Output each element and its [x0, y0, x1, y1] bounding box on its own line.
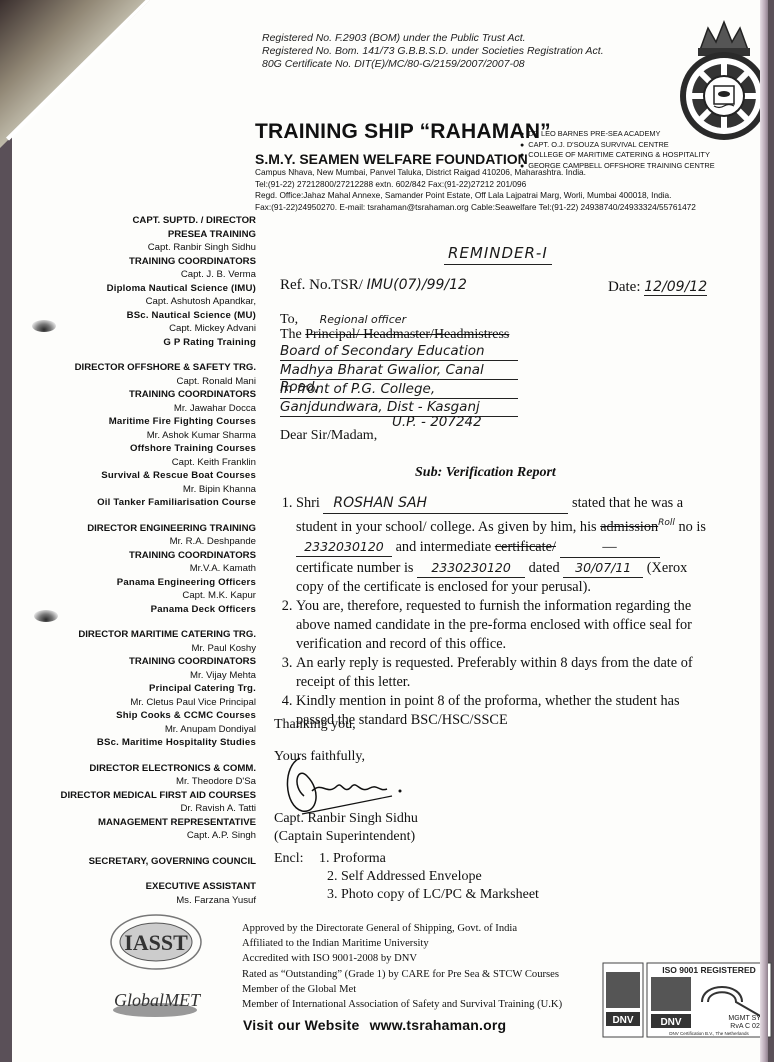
staff-name: Mr. Ashok Kumar Sharma	[52, 429, 256, 443]
accreditation-line: Approved by the Directorate General of S…	[242, 921, 562, 936]
svg-text:IASST: IASST	[124, 930, 188, 955]
subject-line: Sub: Verification Report	[415, 465, 556, 481]
signature-icon	[282, 756, 422, 816]
spacer	[52, 616, 256, 628]
recipient-address-line: Madhya Bharat Gwalior, Canal Road,	[280, 362, 518, 380]
course-name: G P Rating Training	[52, 336, 256, 350]
certificate-number: 2330230120	[417, 558, 525, 578]
accreditation-line: Member of the Global Met	[242, 982, 562, 997]
staff-heading: DIRECTOR ELECTRONICS & COMM.	[52, 762, 256, 776]
staff-heading: SECRETARY, GOVERNING COUNCIL	[52, 855, 256, 869]
course-name: Survival & Rescue Boat Courses	[52, 469, 256, 483]
staff-name: Capt. Ranbir Singh Sidhu	[52, 241, 256, 255]
roll-number: 2332030120	[296, 537, 392, 557]
address-line: Campus Nhava, New Mumbai, Panvel Taluka,…	[255, 167, 696, 179]
address-line: Fax:(91-22)24950270. E-mail: tsrahaman@t…	[255, 202, 696, 214]
salutation: Dear Sir/Madam,	[280, 428, 377, 444]
staff-heading: TRAINING COORDINATORS	[52, 655, 256, 669]
spacer	[52, 843, 256, 855]
course-name: Offshore Training Courses	[52, 442, 256, 456]
staff-name: Mr. R.A. Deshpande	[52, 535, 256, 549]
staff-heading: CAPT. SUPTD. / DIRECTOR	[52, 214, 256, 228]
address-line: Regd. Office:Jahaz Mahal Annexe, Samande…	[255, 190, 696, 202]
punch-hole	[34, 610, 58, 622]
roll-insert: Roll	[658, 518, 675, 528]
course-name: BSc. Maritime Hospitality Studies	[52, 736, 256, 750]
course-name: Maritime Fire Fighting Courses	[52, 415, 256, 429]
staff-heading: PRESEA TRAINING	[52, 228, 256, 242]
paragraph-2: You are, therefore, requested to furnish…	[296, 597, 706, 654]
academy-item: COLLEGE OF MARITIME CATERING & HOSPITALI…	[520, 150, 715, 161]
svg-text:DNV Certification B.V., The Ne: DNV Certification B.V., The Netherlands	[669, 1031, 749, 1036]
course-name: Oil Tanker Familiarisation Course	[52, 496, 256, 510]
website-label: Visit our Website	[243, 1017, 359, 1033]
staff-heading: DIRECTOR MEDICAL FIRST AID COURSES	[52, 789, 256, 803]
spacer	[52, 510, 256, 522]
registration-block: Registered No. F.2903 (BOM) under the Pu…	[262, 32, 604, 71]
svg-text:DNV: DNV	[660, 1017, 681, 1028]
punch-hole	[32, 320, 56, 332]
staff-name: Capt. A.P. Singh	[52, 829, 256, 843]
staff-heading: DIRECTOR OFFSHORE & SAFETY TRG.	[52, 361, 256, 375]
recipient-address-line: U.P. - 207242	[392, 414, 482, 430]
enclosure-label: Encl:	[274, 850, 319, 904]
staff-sidebar: CAPT. SUPTD. / DIRECTORPRESEA TRAININGCa…	[52, 214, 256, 907]
staff-name: Capt. Ashutosh Apandkar,	[52, 295, 256, 309]
date-value: 12/09/12	[644, 279, 707, 296]
registration-line: Registered No. Bom. 141/73 G.B.B.S.D. un…	[262, 45, 604, 58]
letter-body: Shri ROSHAN SAH stated that he was a stu…	[276, 494, 706, 730]
staff-name: Ms. Farzana Yusuf	[52, 894, 256, 908]
academy-item: CAPT. O.J. D'SOUZA SURVIVAL CENTRE	[520, 140, 715, 151]
staff-name: Mr. Bipin Khanna	[52, 483, 256, 497]
scan-edge	[760, 0, 768, 1062]
course-name: BSc. Nautical Science (MU)	[52, 309, 256, 323]
recipient-address-line: In front of P.G. College,	[280, 381, 518, 399]
organization-subtitle: S.M.Y. SEAMEN WELFARE FOUNDATION	[255, 151, 528, 167]
staff-name: Capt. Ronald Mani	[52, 375, 256, 389]
website-link[interactable]: www.tsrahaman.org	[370, 1017, 507, 1033]
spacer	[52, 349, 256, 361]
accreditation-line: Affiliated to the Indian Maritime Univer…	[242, 936, 562, 951]
student-name: ROSHAN SAH	[323, 494, 568, 514]
recipient-struck: Principal/ Headmaster/Headmistress	[305, 327, 509, 342]
address-block: Campus Nhava, New Mumbai, Panvel Taluka,…	[255, 167, 696, 213]
dnv-iso-logo-icon: DNV ISO 9001 REGISTERED DNV MGMT SYS RvA…	[602, 962, 772, 1038]
academy-item: DR LEO BARNES PRE-SEA ACADEMY	[520, 129, 715, 140]
staff-name: Capt. Mickey Advani	[52, 322, 256, 336]
iasst-logo-icon: IASST	[109, 913, 203, 971]
course-name: Ship Cooks & CCMC Courses	[52, 709, 256, 723]
accreditation-line: Rated as “Outstanding” (Grade 1) by CARE…	[242, 967, 562, 982]
reference-number: Ref. No.TSR/ IMU(07)/99/12	[280, 277, 467, 294]
website-line: Visit our Website www.tsrahaman.org	[243, 1017, 506, 1033]
recipient-block: To, Regional officer The Principal/ Head…	[280, 312, 509, 342]
enclosure-item: 3. Photo copy of LC/PC & Marksheet	[319, 886, 539, 904]
paragraph-3: An early reply is requested. Preferably …	[296, 654, 706, 692]
course-name: Panama Engineering Officers	[52, 576, 256, 590]
accreditation-line: Member of International Association of S…	[242, 997, 562, 1012]
staff-name: Dr. Ravish A. Tatti	[52, 802, 256, 816]
spacer	[52, 868, 256, 880]
reminder-heading: REMINDER-I	[444, 244, 552, 265]
staff-name: Mr. Cletus Paul Vice Principal	[52, 696, 256, 710]
svg-text:RvA C 024: RvA C 024	[730, 1023, 764, 1030]
course-name: Diploma Nautical Science (IMU)	[52, 282, 256, 296]
enclosure-item: 1. Proforma	[319, 850, 539, 868]
organization-title: TRAINING SHIP “RAHAMAN”	[255, 120, 551, 144]
staff-heading: TRAINING COORDINATORS	[52, 255, 256, 269]
course-name: Panama Deck Officers	[52, 603, 256, 617]
staff-name: Capt. Keith Franklin	[52, 456, 256, 470]
staff-name: Mr. Jawahar Docca	[52, 402, 256, 416]
ship-wheel-crest-icon	[670, 20, 774, 140]
staff-heading: DIRECTOR ENGINEERING TRAINING	[52, 522, 256, 536]
recipient-prefix: The	[280, 327, 302, 342]
paragraph-1: Shri ROSHAN SAH stated that he was a stu…	[296, 494, 706, 597]
thanks: Thanking you,	[274, 716, 539, 734]
staff-name: Capt. J. B. Verma	[52, 268, 256, 282]
staff-name: Mr. Anupam Dondiyal	[52, 723, 256, 737]
registration-line: Registered No. F.2903 (BOM) under the Pu…	[262, 32, 604, 45]
address-line: Tel:(91-22) 27212800/27212288 extn. 602/…	[255, 179, 696, 191]
globalmet-logo-icon: GlobalMET	[110, 980, 208, 1020]
staff-name: Mr.V.A. Kamath	[52, 562, 256, 576]
staff-heading: MANAGEMENT REPRESENTATIVE	[52, 816, 256, 830]
ref-label: Ref. No.TSR/	[280, 277, 363, 293]
staff-heading: TRAINING COORDINATORS	[52, 388, 256, 402]
letter-page: Registered No. F.2903 (BOM) under the Pu…	[12, 0, 768, 1062]
svg-text:ISO 9001 REGISTERED: ISO 9001 REGISTERED	[662, 965, 756, 975]
enclosure-item: 2. Self Addressed Envelope	[319, 868, 539, 886]
staff-heading: EXECUTIVE ASSISTANT	[52, 880, 256, 894]
accreditations: Approved by the Directorate General of S…	[242, 921, 562, 1012]
date-label: Date:	[608, 279, 640, 295]
staff-heading: TRAINING COORDINATORS	[52, 549, 256, 563]
svg-text:DNV: DNV	[612, 1015, 633, 1026]
academies-list: DR LEO BARNES PRE-SEA ACADEMY CAPT. O.J.…	[520, 129, 715, 171]
svg-text:GlobalMET: GlobalMET	[114, 990, 202, 1010]
recipient-address-line: Board of Secondary Education	[280, 343, 518, 361]
spacer	[52, 750, 256, 762]
registration-line: 80G Certificate No. DIT(E)/MC/80-G/2159/…	[262, 58, 604, 71]
ref-value: IMU(07)/99/12	[367, 277, 467, 293]
staff-name: Capt. M.K. Kapur	[52, 589, 256, 603]
course-name: Principal Catering Trg.	[52, 682, 256, 696]
staff-heading: DIRECTOR MARITIME CATERING TRG.	[52, 628, 256, 642]
signatory-designation: (Captain Superintendent)	[274, 828, 539, 846]
recipient-handwritten: Regional officer	[320, 313, 407, 326]
accreditation-line: Accredited with ISO 9001-2008 by DNV	[242, 951, 562, 966]
certificate-date: 30/07/11	[563, 558, 643, 578]
to-label: To,	[280, 312, 298, 327]
staff-name: Mr. Vijay Mehta	[52, 669, 256, 683]
letter-date: Date: 12/09/12	[608, 279, 707, 296]
staff-name: Mr. Theodore D'Sa	[52, 775, 256, 789]
staff-name: Mr. Paul Koshy	[52, 642, 256, 656]
